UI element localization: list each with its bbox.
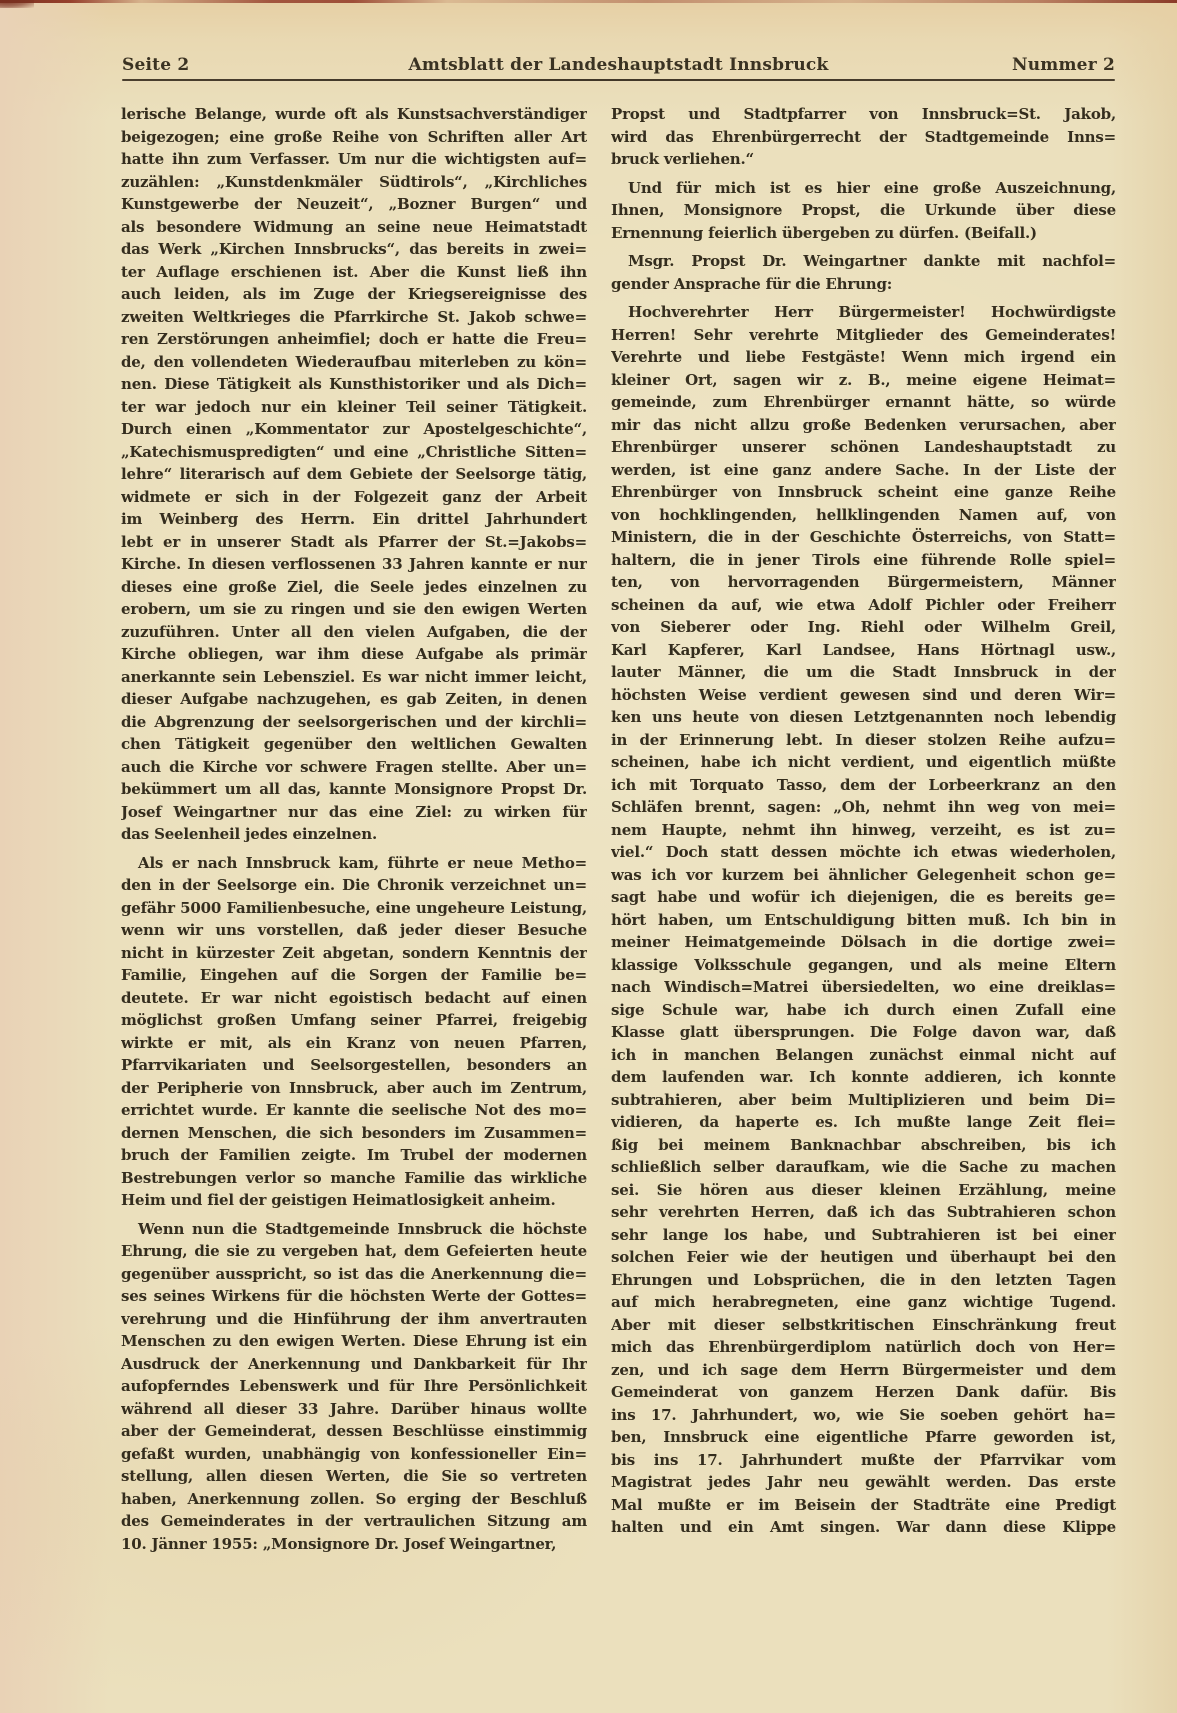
- text-line: sehr verehrten Herren, daß ich das Subtr…: [611, 1201, 1116, 1224]
- text-line: Familie, Eingehen auf die Sorgen der Fam…: [121, 964, 587, 987]
- text-line: hört haben, um Entschuldigung bitten muß…: [611, 909, 1116, 932]
- issue-number-label: Nummer 2: [1012, 55, 1115, 75]
- text-line: Ehrungen und Lobsprüchen, die in den let…: [611, 1269, 1116, 1292]
- text-line: wird das Ehrenbürgerrecht der Stadtgemei…: [611, 126, 1116, 149]
- text-line: Heim und fiel der geistigen Heimatlosigk…: [121, 1189, 587, 1212]
- text-line: ken uns heute von diesen Letztgenannten …: [611, 706, 1116, 729]
- paragraph: Und für mich ist es hier eine große Ausz…: [611, 177, 1116, 245]
- text-line: als besondere Widmung an seine neue Heim…: [121, 216, 587, 239]
- text-line: höchsten Weise verdient gewesen sind und…: [611, 684, 1116, 707]
- text-line: lerische Belange, wurde oft als Kunstsac…: [121, 103, 587, 126]
- text-line: beigezogen; eine große Reihe von Schrift…: [121, 126, 587, 149]
- text-line: dieser Aufgabe nachzugehen, es gab Zeite…: [121, 688, 587, 711]
- text-line: ses seines Wirkens für die höchsten Wert…: [121, 1285, 587, 1308]
- text-line: Durch einen „Kommentator zur Apostelgesc…: [121, 418, 587, 441]
- text-line: sei. Sie hören aus dieser kleinen Erzähl…: [611, 1179, 1116, 1202]
- text-line: widmete er sich in der Folgezeit ganz de…: [121, 486, 587, 509]
- text-line: gegenüber ausspricht, so ist das die Ane…: [121, 1263, 587, 1286]
- text-line: ben, Innsbruck eine eigentliche Pfarre g…: [611, 1426, 1116, 1449]
- text-line: stellung, allen diesen Werten, die Sie s…: [121, 1465, 587, 1488]
- text-line: dem laufenden war. Ich konnte addieren, …: [611, 1066, 1116, 1089]
- text-line: bis ins 17. Jahrhundert mußte der Pfarrv…: [611, 1449, 1116, 1472]
- text-line: lauter Männer, die um die Stadt Innsbruc…: [611, 661, 1116, 684]
- text-line: lehre“ literarisch auf dem Gebiete der S…: [121, 463, 587, 486]
- text-columns: lerische Belange, wurde oft als Kunstsac…: [121, 103, 1116, 1555]
- text-line: werden, ist eine ganz andere Sache. In d…: [611, 459, 1116, 482]
- text-line: 10. Jänner 1955: „Monsignore Dr. Josef W…: [121, 1533, 587, 1556]
- text-line: Mal mußte er im Beisein der Stadträte ei…: [611, 1494, 1116, 1517]
- text-line: in der Erinnerung lebt. In dieser stolze…: [611, 729, 1116, 752]
- text-line: den in der Seelsorge ein. Die Chronik ve…: [121, 874, 587, 897]
- text-line: auf mich herabregneten, eine ganz wichti…: [611, 1291, 1116, 1314]
- scan-corner-mark: [0, 0, 34, 8]
- text-line: schließlich selber daraufkam, wie die Sa…: [611, 1156, 1116, 1179]
- text-line: vidieren, da haperte es. Ich mußte lange…: [611, 1111, 1116, 1134]
- text-line: deutete. Er war nicht egoistisch bedacht…: [121, 987, 587, 1010]
- text-line: im Weinberg des Herrn. Ein drittel Jahrh…: [121, 508, 587, 531]
- text-line: Pfarrvikariaten und Seelsorgestellen, be…: [121, 1054, 587, 1077]
- text-line: Propst und Stadtpfarrer von Innsbruck=St…: [611, 103, 1116, 126]
- text-line: zen, und ich sage dem Herrn Bürgermeiste…: [611, 1359, 1116, 1382]
- text-line: ten, von hervorragenden Bürgermeistern, …: [611, 571, 1116, 594]
- text-line: halten und ein Amt singen. War dann dies…: [611, 1516, 1116, 1539]
- text-line: bruch der Familien zeigte. Im Trubel der…: [121, 1144, 587, 1167]
- header-divider: [122, 79, 1115, 81]
- text-line: aber der Gemeinderat, dessen Beschlüsse …: [121, 1420, 587, 1443]
- text-line: Ehrung, die sie zu vergeben hat, dem Gef…: [121, 1240, 587, 1263]
- text-line: kleiner Ort, sagen wir z. B., meine eige…: [611, 369, 1116, 392]
- text-line: sehr lange los habe, und Subtrahieren is…: [611, 1224, 1116, 1247]
- text-line: Ausdruck der Anerkennung und Dankbarkeit…: [121, 1353, 587, 1376]
- text-line: Ihnen, Monsignore Propst, die Urkunde üb…: [611, 199, 1116, 222]
- page-header: Seite 2 Amtsblatt der Landeshauptstadt I…: [122, 55, 1115, 75]
- text-line: Aber mit dieser selbstkritischen Einschr…: [611, 1314, 1116, 1337]
- text-line: gefähr 5000 Familienbesuche, eine ungehe…: [121, 897, 587, 920]
- text-line: des Gemeinderates in der vertraulichen S…: [121, 1510, 587, 1533]
- text-line: was ich vor kurzem bei ähnlicher Gelegen…: [611, 864, 1116, 887]
- text-line: Menschen zu den ewigen Werten. Diese Ehr…: [121, 1330, 587, 1353]
- text-line: während all dieser 33 Jahre. Darüber hin…: [121, 1398, 587, 1421]
- left-column: lerische Belange, wurde oft als Kunstsac…: [121, 103, 587, 1555]
- text-line: erobern, um sie zu ringen und sie den ew…: [121, 598, 587, 621]
- text-line: zweiten Weltkrieges die Pfarrkirche St. …: [121, 306, 587, 329]
- text-line: ich mit Torquato Tasso, dem der Lorbeerk…: [611, 774, 1116, 797]
- text-line: chen Tätigkeit gegenüber den weltlichen …: [121, 733, 587, 756]
- text-line: ins 17. Jahrhundert, wo, wie Sie soeben …: [611, 1404, 1116, 1427]
- text-line: haben, Anerkennung zollen. So erging der…: [121, 1488, 587, 1511]
- text-line: gender Ansprache für die Ehrung:: [611, 273, 1116, 296]
- text-line: Klasse glatt übersprungen. Die Folge dav…: [611, 1021, 1116, 1044]
- text-line: Als er nach Innsbruck kam, führte er neu…: [121, 852, 587, 875]
- text-line: Msgr. Propst Dr. Weingartner dankte mit …: [611, 250, 1116, 273]
- text-line: ich in manchen Belangen zunächst einmal …: [611, 1044, 1116, 1067]
- text-line: Ehrenbürger unserer schönen Landeshaupts…: [611, 436, 1116, 459]
- text-line: das Werk „Kirchen Innsbrucks“, das berei…: [121, 238, 587, 261]
- text-line: Wenn nun die Stadtgemeinde Innsbruck die…: [121, 1218, 587, 1241]
- paragraph: Als er nach Innsbruck kam, führte er neu…: [121, 852, 587, 1212]
- text-line: Ministern, die in der Geschichte Österre…: [611, 526, 1116, 549]
- text-line: meiner Heimatgemeinde Dölsach in die dor…: [611, 931, 1116, 954]
- text-line: verehrung und die Hinführung der ihm anv…: [121, 1308, 587, 1331]
- text-line: wenn wir uns vorstellen, daß jeder diese…: [121, 919, 587, 942]
- text-line: Und für mich ist es hier eine große Ausz…: [611, 177, 1116, 200]
- text-line: scheinen da auf, wie etwa Adolf Pichler …: [611, 594, 1116, 617]
- text-line: zuzählen: „Kunstdenkmäler Südtirols“, „K…: [121, 171, 587, 194]
- text-line: nem Haupte, nehmt ihn hinweg, verzeiht, …: [611, 819, 1116, 842]
- text-line: auch die Kirche vor schwere Fragen stell…: [121, 756, 587, 779]
- text-line: klassige Volksschule gegangen, und als m…: [611, 954, 1116, 977]
- text-line: Josef Weingartner nur das eine Ziel: zu …: [121, 801, 587, 824]
- page-number-label: Seite 2: [122, 55, 189, 75]
- text-line: dernen Menschen, die sich besonders im Z…: [121, 1122, 587, 1145]
- text-line: Magistrat jedes Jahr neu gewählt werden.…: [611, 1471, 1116, 1494]
- text-line: Hochverehrter Herr Bürgermeister! Hochwü…: [611, 301, 1116, 324]
- text-line: Schläfen brennt, sagen: „Oh, nehmt ihn w…: [611, 796, 1116, 819]
- text-line: nicht in kürzester Zeit abgetan, sondern…: [121, 942, 587, 965]
- text-line: nen. Diese Tätigkeit als Kunsthistoriker…: [121, 373, 587, 396]
- text-line: errichtet wurde. Er kannte die seelische…: [121, 1099, 587, 1122]
- text-line: Ernennung feierlich übergeben zu dürfen.…: [611, 222, 1116, 245]
- text-line: sige Schule war, habe ich durch einen Zu…: [611, 999, 1116, 1022]
- text-line: bekümmert um all das, kannte Monsignore …: [121, 778, 587, 801]
- text-line: Kirche obliegen, war ihm diese Aufgabe a…: [121, 643, 587, 666]
- text-line: wirkte er mit, als ein Kranz von neuen P…: [121, 1032, 587, 1055]
- text-line: Karl Kapferer, Karl Landsee, Hans Hörtna…: [611, 639, 1116, 662]
- text-line: möglichst großen Umfang seiner Pfarrei, …: [121, 1009, 587, 1032]
- text-line: viel.“ Doch statt dessen möchte ich etwa…: [611, 841, 1116, 864]
- right-column: Propst und Stadtpfarrer von Innsbruck=St…: [611, 103, 1116, 1555]
- text-line: solchen Feier wie der heutigen und überh…: [611, 1246, 1116, 1269]
- text-line: mich das Ehrenbürgerdiplom natürlich doc…: [611, 1336, 1116, 1359]
- text-line: subtrahieren, aber beim Multiplizieren u…: [611, 1089, 1116, 1112]
- paragraph: Hochverehrter Herr Bürgermeister! Hochwü…: [611, 301, 1116, 1539]
- masthead-title: Amtsblatt der Landeshauptstadt Innsbruck: [122, 55, 1115, 75]
- text-line: de, den vollendeten Wiederaufbau miterle…: [121, 351, 587, 374]
- text-line: mir das nicht allzu große Bedenken verur…: [611, 414, 1116, 437]
- text-line: nach Windisch=Matrei übersiedelten, wo e…: [611, 976, 1116, 999]
- text-line: von Sieberer oder Ing. Riehl oder Wilhel…: [611, 616, 1116, 639]
- text-line: zuzuführen. Unter all den vielen Aufgabe…: [121, 621, 587, 644]
- text-line: haltern, die in jener Tirols eine führen…: [611, 549, 1116, 572]
- text-line: Kirche. In diesen verflossenen 33 Jahren…: [121, 553, 587, 576]
- newspaper-page: Seite 2 Amtsblatt der Landeshauptstadt I…: [0, 0, 1177, 1713]
- text-line: bruck verliehen.“: [611, 148, 1116, 171]
- paragraph: Wenn nun die Stadtgemeinde Innsbruck die…: [121, 1218, 587, 1556]
- text-line: ter Auflage erschienen ist. Aber die Kun…: [121, 261, 587, 284]
- text-line: Ehrenbürger von Innsbruck scheint eine g…: [611, 481, 1116, 504]
- paragraph: Msgr. Propst Dr. Weingartner dankte mit …: [611, 250, 1116, 295]
- text-line: dieses eine große Ziel, die Seele jedes …: [121, 576, 587, 599]
- text-line: aufopferndes Lebenswerk und für Ihre Per…: [121, 1375, 587, 1398]
- text-line: hatte ihn zum Verfasser. Um nur die wich…: [121, 148, 587, 171]
- text-line: das Seelenheil jedes einzelnen.: [121, 823, 587, 846]
- paragraph: lerische Belange, wurde oft als Kunstsac…: [121, 103, 587, 846]
- text-line: von hochklingenden, hellklingenden Namen…: [611, 504, 1116, 527]
- text-line: Kunstgewerbe der Neuzeit“, „Bozner Burge…: [121, 193, 587, 216]
- text-line: sagt habe und wofür ich diejenigen, die …: [611, 886, 1116, 909]
- text-line: auch leiden, als im Zuge der Kriegsereig…: [121, 283, 587, 306]
- text-line: Herren! Sehr verehrte Mitglieder des Gem…: [611, 324, 1116, 347]
- text-line: ren Zerstörungen anheimfiel; doch er hat…: [121, 328, 587, 351]
- text-line: Verehrte und liebe Festgäste! Wenn mich …: [611, 346, 1116, 369]
- text-line: lebt er in unserer Stadt als Pfarrer der…: [121, 531, 587, 554]
- text-line: Bestrebungen verlor so manche Familie da…: [121, 1167, 587, 1190]
- text-line: der Peripherie von Innsbruck, aber auch …: [121, 1077, 587, 1100]
- text-line: ßig bei meinem Banknachbar abschreiben, …: [611, 1134, 1116, 1157]
- text-line: Gemeinderat von ganzem Herzen Dank dafür…: [611, 1381, 1116, 1404]
- text-line: „Katechismuspredigten“ und eine „Christl…: [121, 441, 587, 464]
- text-line: ter war jedoch nur ein kleiner Teil sein…: [121, 396, 587, 419]
- paragraph: Propst und Stadtpfarrer von Innsbruck=St…: [611, 103, 1116, 171]
- text-line: gefaßt wurden, unabhängig von konfession…: [121, 1443, 587, 1466]
- text-line: gemeinde, zum Ehrenbürger ernannt hätte,…: [611, 391, 1116, 414]
- text-line: anerkannte sein Lebensziel. Es war nicht…: [121, 666, 587, 689]
- scan-top-edge: [0, 0, 1177, 3]
- text-line: scheinen, habe ich nicht verdient, und e…: [611, 751, 1116, 774]
- text-line: die Abgrenzung der seelsorgerischen und …: [121, 711, 587, 734]
